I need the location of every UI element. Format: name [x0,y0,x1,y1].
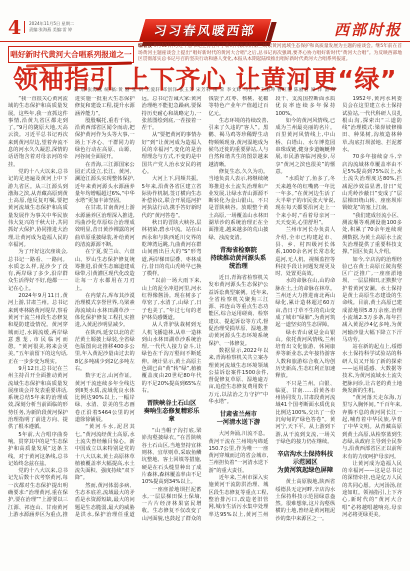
body-paragraph: 数据显示,2022年以来,青海检察机关共立案办理黄河流域生态环境领域公益诉讼案件… [208,348,268,406]
body-paragraph: 5年前,大合唱序曲奏响。贯穿其中的是“生态保护和高质量发展”这条主线。对于黄河这… [8,432,68,468]
column-banner: 习习春风暖西部 [141,18,269,42]
section-subhead: 辛店沟水土保持科技示范园区为黄河筑起绿色屏障 [275,451,335,475]
body-paragraph: 如今,辛店沟的治理经验已在黄土高原丘陵沟壑区广泛推广,一座座淤地坝、一层层梯田,… [342,257,402,345]
byline: 策 划:张海燕 统 稿:黄 丽 张 研 王爱轩 邓创洋 张玉芳 宋芳科 雷 荣 … [0,87,410,93]
body-paragraph: 1952年,黄河水利委员会在这里建立水土保持试验站,一代代科研人员扎根山沟,探索… [342,96,402,154]
body-paragraph: 在青海,三江源国家公园正式设立,长江、黄河、澜沧江源头实现整体保护,近年来黄河源… [75,162,135,206]
body-paragraph: “黄河斗水,泥居其七。”黄河流经黄土高原,水土流失曾经触目惊心。新中国成立以来特… [75,424,135,482]
section-subhead: 晋陕峡谷土石山区奏响生态修复精彩乐章 [142,400,202,424]
body-paragraph: 在甘肃,甘南黄河上游水源涵养区治理深入推进,玛曲沙化草原综合治理成效明显,昔日黄… [75,205,135,249]
article-columns: “我一直很关心黄河流域的生态保护和高质量发展。这些年,我一直抓这件事情,沿黄九省… [8,96,402,560]
body-paragraph: 从人背驴驮栽树到无人机飞播造林,从单一造林到山水林田湖草沙系统治理,一代代人接力… [142,322,202,395]
header-rule [0,41,410,42]
banner-title: 习习春风暖西部 [153,21,257,39]
editor-note-label: 编者按 [138,44,152,49]
body-paragraph: 让黄河成为造福人民的幸福河——这是总书记的深情牵挂,也是亿万人民的共同心愿。大河… [342,461,402,519]
staff-line: 责编:张海燕 美编:雷 婷 [29,27,74,33]
body-paragraph: 站在新的起点上,绥德水土保持科学试验站的科研人员又开始了新的探索——运用遥感、大… [342,344,402,395]
body-paragraph: 如今的黄河风情线,已成为兰州最亮丽的名片。百里黄河风情线上,中山桥、白塔山、水车… [275,118,335,176]
body-paragraph: “以前一场大雨下来,山上的泥全冲进河里,河水红得像酱汤。现在树多了草密了,水清了… [142,278,202,322]
body-paragraph: “我们建成径流小区、测流堰等观测设施100多处,积累了70余年连续观测数据,为黄… [342,213,402,257]
body-paragraph: 数字无言,山河作证。黄河干流连续多年全线达到Ⅱ类水质,流域优良水体比例达90%以… [75,373,135,424]
body-paragraph: 从“要把黄河的事情办好”到“让黄河成为造福人民的幸福河”,变化的是治理理念与方式… [142,132,202,176]
body-paragraph: 大河上下,同频共振。5年来,沿黄各省区建立省际协作机制,签订横向生态补偿协议,联… [142,176,202,220]
body-paragraph: 秋日的晋陕大峡谷,层林初染,碧水中流。站在山西永和与陕西延川交界的乾坤湾远眺,九… [142,220,202,278]
body-paragraph: 修复生态,久久为功。当地负责人表示,将继续统筹推进水土流失治理和产业发展,让绿水… [208,169,268,242]
page-header: 4 2024年11月5日 星期二 责编:张海燕 美编:雷 婷 习习春风暖西部 西… [8,18,402,40]
date-staff-block: 2024年11月5日 星期二 责编:张海燕 美编:雷 婷 [24,21,74,33]
body-paragraph: “黄河落天走东海,万里写入胸怀间。”千百年来,奔腾不息的黄河同长江一起,哺育着中… [342,395,402,461]
body-paragraph: 殷殷嘱托,重若千钧。沿黄西部省区闻令而动,把保护黄河作为头等大事,一场上下齐心、… [75,118,135,162]
body-paragraph: “山当帽子沟打底,梁峁沟壑披绿衣。”在晋陕峡谷土石山区,当地坚持宜林则林、宜草则… [142,428,202,486]
body-paragraph: 9月12日,总书记在兰州主持召开全面推动黄河流域生态保护和高质量发展座谈会并发表… [8,366,68,432]
banner-ribbon: 习习春风暖西部 [138,18,272,42]
newspaper-masthead: 西部时报 [334,19,402,40]
body-paragraph: 70多年接续奋斗,辛店沟流域林草覆盖率由不足5%提高到75%以上,水土流失治理度… [342,154,402,212]
body-paragraph: 2024年9月11日,黄河上游,甘肃兰州。总书记来到枣林路黄河堤岸,察看黄河干流… [8,293,68,366]
body-paragraph: “水质好了,鱼多了,冬天来越冬的红嘴鸥一年比一年多。”在黄河边生活了大半辈子的市… [275,176,335,227]
section-subhead: 甘肃省兰州市一河清水送下游 [208,411,268,427]
body-paragraph: 在宁夏,贺兰山、六盘山、罗山生态保护修复统筹推进,沿黄生态廊道建成绿带,引黄灌区… [75,249,135,293]
body-paragraph: 绿水青山就是金山银山。依托黄河风情线,兰州培育出文化旅游、休闲康养等新业态,去年… [275,330,335,381]
body-paragraph: 兰州市河长办负责人介绍,全市已构建起市、县、乡、村四级河长体系,1000余名河长… [275,227,335,278]
body-paragraph: 在内蒙古,库布其沙漠治理模式享誉世界,乌梁素海流域山水林田湖草沙一体化保护修复工… [75,293,135,329]
body-paragraph: 不只是兰州。白银、临夏、甘南……沿黄各市州协同发力,甘肃段黄河流域41个国考断面… [275,381,335,447]
body-paragraph: 生态环境的持续改善,引来了久违的“客人”。黑鹳、褐马鸡等珍稀野生动物频频现身,黄… [208,118,268,169]
body-paragraph: 为了开好这次座谈会,总书记一路看、一路问。水质怎么样,泥沙少了没有,两岸绿了多少… [8,249,68,293]
page-number: 4 [8,18,21,38]
body-paragraph: “我一直很关心黄河流域的生态保护和高质量发展。这些年,我一直抓这件事情,沿黄九省… [8,96,68,169]
body-paragraph: 水的命脉在山,山的命脉在土,土的命脉在林草。兰州还大力推进南北两山绿化,累计造林… [275,278,335,329]
body-paragraph: 近日,青海省检察机关发布黄河源头生态保护公益诉讼典型案例。近年来,全省检察机关聚… [208,275,268,348]
body-paragraph: 党的十八大以来,总书记的足迹遍及黄河上中下游九省区。从三江源头到渤海之滨,从青藏… [8,169,68,249]
body-paragraph: 黄土高原腹地,陕西省绥德县无定河畔,辛店沟水土保持科技示范园绿意盎然。很难想象,… [275,479,335,523]
section-subhead: 青海省检察院持续推动黄河源头系统治理 [208,247,268,271]
body-paragraph: 大河奔涌,川流不息。黄河干流在兰州境内绵延150.7公里,作为唯一一座黄河穿城而… [208,431,268,475]
body-paragraph: 在陕西,延安以北的茫茫黄土塬披上绿装,全省绿色版图向北推移400多公里,年入黄泥… [75,330,135,374]
